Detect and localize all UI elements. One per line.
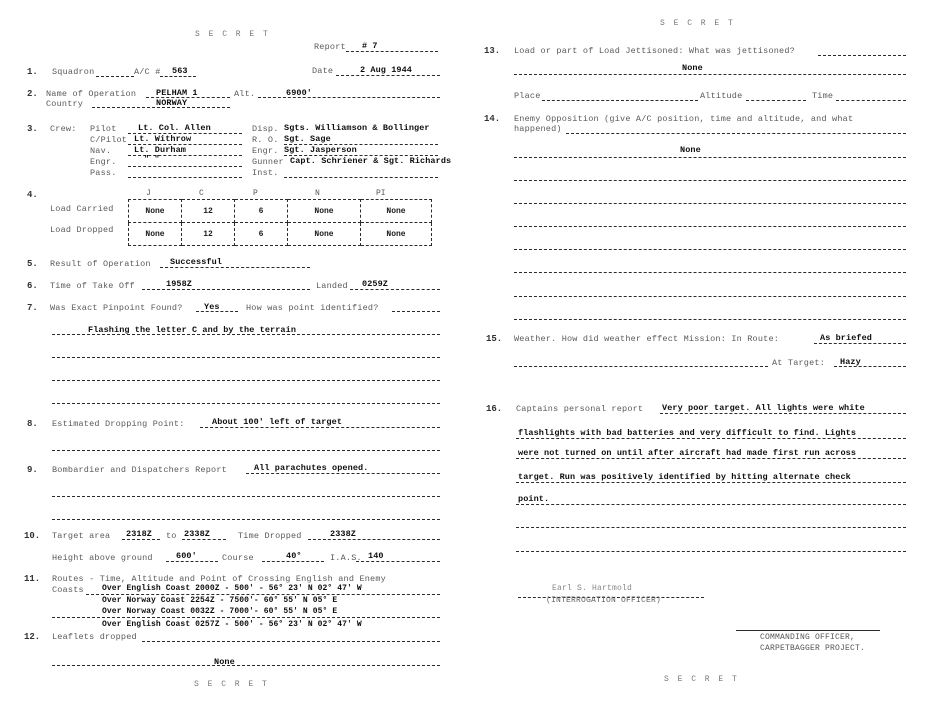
crew-role: Inst. <box>252 168 279 178</box>
captains-report-line: were not turned on until after aircraft … <box>518 448 856 458</box>
weather-label: Weather. How did weather effect Mission:… <box>514 334 779 344</box>
crew-role: Pilot <box>90 124 117 134</box>
squadron-label: Squadron <box>52 67 94 77</box>
captains-report-line: target. Run was positively identified by… <box>518 472 851 482</box>
table-cell: 12 <box>182 200 235 223</box>
commanding-officer-project: CARPETBAGGER PROJECT. <box>760 644 865 653</box>
item-number-12: 12. <box>24 632 40 642</box>
column-header: J <box>146 189 151 198</box>
aircraft-number: 563 <box>172 66 188 76</box>
enemy-opposition-label: Enemy Opposition (give A/C position, tim… <box>514 114 853 124</box>
interrogation-officer-title: (INTERROGATION OFFICER) <box>546 596 661 605</box>
crew-role: Nav. <box>90 146 111 156</box>
item-number-4: 4. <box>27 190 38 200</box>
item-number-13: 13. <box>484 46 500 56</box>
table-cell: 6 <box>235 200 288 223</box>
time-dropped-label: Time Dropped <box>238 531 302 541</box>
crew-role: Disp. <box>252 124 279 134</box>
weather-at-target-label: At Target: <box>772 358 825 368</box>
item-number-14: 14. <box>484 114 500 124</box>
route-line: Over English Coast 0257Z - 500' - 56° 23… <box>102 620 362 629</box>
route-line: Over English Coast 2000Z - 500' - 56° 23… <box>102 584 362 593</box>
landed-label: Landed <box>316 281 348 291</box>
route-line: Over Norway Coast 0032Z - 7000'- 60° 55'… <box>102 607 337 616</box>
item-number-3: 3. <box>27 124 38 134</box>
place-label: Place <box>514 91 541 101</box>
operation-label: Name of Operation <box>46 89 136 99</box>
country-label: Country <box>46 99 83 109</box>
crew-role: R. O. <box>252 135 279 145</box>
dropping-point-label: Estimated Dropping Point: <box>52 419 185 429</box>
target-area-from: 2318Z <box>126 529 152 539</box>
course-label: Course <box>222 553 254 563</box>
column-header: N <box>315 189 320 198</box>
table-cell: 12 <box>182 223 235 246</box>
table-cell: None <box>129 200 182 223</box>
item-number-7: 7. <box>27 303 38 313</box>
column-header: P <box>253 189 258 198</box>
jettison-altitude-label: Altitude <box>700 91 742 101</box>
item-number-16: 16. <box>486 404 502 414</box>
classification-top-right: S E C R E T <box>660 19 735 28</box>
load-table: None 12 6 None None None 12 6 None None <box>128 199 432 246</box>
altitude-label: Alt. <box>234 89 255 99</box>
identified-label: How was point identified? <box>246 303 379 313</box>
jettison-time-label: Time <box>812 91 833 101</box>
bombardier-label: Bombardier and Dispatchers Report <box>52 465 227 475</box>
date-label: Date <box>312 66 333 76</box>
target-area-to: 2338Z <box>184 529 210 539</box>
coasts-label: Coasts <box>52 585 84 595</box>
captains-report-label: Captains personal report <box>516 404 643 414</box>
table-cell: None <box>361 223 432 246</box>
crew-name: Sgts. Williamson & Bollinger <box>284 123 430 133</box>
result-value: Successful <box>170 257 222 267</box>
report-label: Report <box>314 42 346 52</box>
jettisoned-label: Load or part of Load Jettisoned: What wa… <box>514 46 795 56</box>
takeoff-value: 1958Z <box>166 279 192 289</box>
crew-name: Lt. Withrow <box>134 134 191 144</box>
item-number-15: 15. <box>486 334 502 344</box>
target-area-to-label: to <box>166 531 177 541</box>
commanding-officer-title: COMMANDING OFFICER, <box>760 633 855 642</box>
enemy-opposition-label-2: happened) <box>514 124 562 134</box>
course-value: 40° <box>286 551 302 561</box>
time-dropped-value: 2338Z <box>330 529 356 539</box>
table-row: None 12 6 None None <box>129 223 432 246</box>
captains-report-line: Very poor target. All lights were white <box>662 403 865 413</box>
item-number-5: 5. <box>27 259 38 269</box>
item-number-10: 10. <box>24 531 40 541</box>
item-number-8: 8. <box>27 419 38 429</box>
date-value: 2 Aug 1944 <box>360 65 412 75</box>
aircraft-label: A/C # <box>134 67 161 77</box>
classification-top-left: S E C R E T <box>195 30 270 39</box>
leaflets-label: Leaflets dropped <box>52 632 137 642</box>
crew-role: Gunner <box>252 157 284 167</box>
table-cell: 6 <box>235 223 288 246</box>
height-value: 600' <box>176 551 197 561</box>
table-row: None 12 6 None None <box>129 200 432 223</box>
captains-report-line: flashlights with bad batteries and very … <box>518 428 856 438</box>
classification-bottom-right: S E C R E T <box>664 675 739 684</box>
table-cell: None <box>361 200 432 223</box>
crew-name: Sgt. Jasperson <box>284 145 357 155</box>
jettisoned-value: None <box>682 63 703 73</box>
dropping-point-value: About 100' left of target <box>212 417 342 427</box>
crew-name: Lt. Durham <box>134 145 186 155</box>
route-line: Over Norway Coast 2254Z - 7500'- 60° 55'… <box>102 596 337 605</box>
item-number-6: 6. <box>27 281 38 291</box>
item-number-9: 9. <box>27 465 38 475</box>
item-number-1: 1. <box>27 67 38 77</box>
table-cell: None <box>288 223 361 246</box>
crew-name: Capt. Schriener & Sgt. Richards <box>290 156 451 166</box>
item-number-2: 2. <box>27 89 38 99</box>
column-header: PI <box>376 189 386 198</box>
crew-name: Sgt. Sage <box>284 134 331 144</box>
item-number-11: 11. <box>24 574 40 584</box>
crew-name: " " <box>144 154 160 164</box>
routes-label: Routes - Time, Altitude and Point of Cro… <box>52 574 386 584</box>
bombardier-value: All parachutes opened. <box>254 463 368 473</box>
height-label: Height above ground <box>52 553 153 563</box>
landed-value: 0259Z <box>362 279 388 289</box>
table-cell: None <box>129 223 182 246</box>
crew-role: C/Pilot <box>90 135 127 145</box>
weather-in-route-value: As briefed <box>820 333 872 343</box>
crew-role: Engr. <box>90 157 117 167</box>
crew-role: Pass. <box>90 168 117 178</box>
captains-report-line: point. <box>518 494 549 504</box>
result-label: Result of Operation <box>50 259 151 269</box>
load-dropped-label: Load Dropped <box>50 225 114 235</box>
crew-label: Crew: <box>50 124 77 134</box>
ias-value: 140 <box>368 551 384 561</box>
load-carried-label: Load Carried <box>50 204 114 214</box>
crew-name: Lt. Col. Allen <box>138 123 211 133</box>
column-header: C <box>199 189 204 198</box>
target-area-label: Target area <box>52 531 110 541</box>
crew-role: Engr. <box>252 146 279 156</box>
takeoff-label: Time of Take Off <box>50 281 135 291</box>
interrogation-officer-signature: Earl S. Hartmold <box>552 584 632 593</box>
table-cell: None <box>288 200 361 223</box>
classification-bottom-left: S E C R E T <box>194 680 269 689</box>
report-number: # 7 <box>362 41 378 51</box>
pinpoint-label: Was Exact Pinpoint Found? <box>50 303 183 313</box>
enemy-opposition-value: None <box>680 145 701 155</box>
